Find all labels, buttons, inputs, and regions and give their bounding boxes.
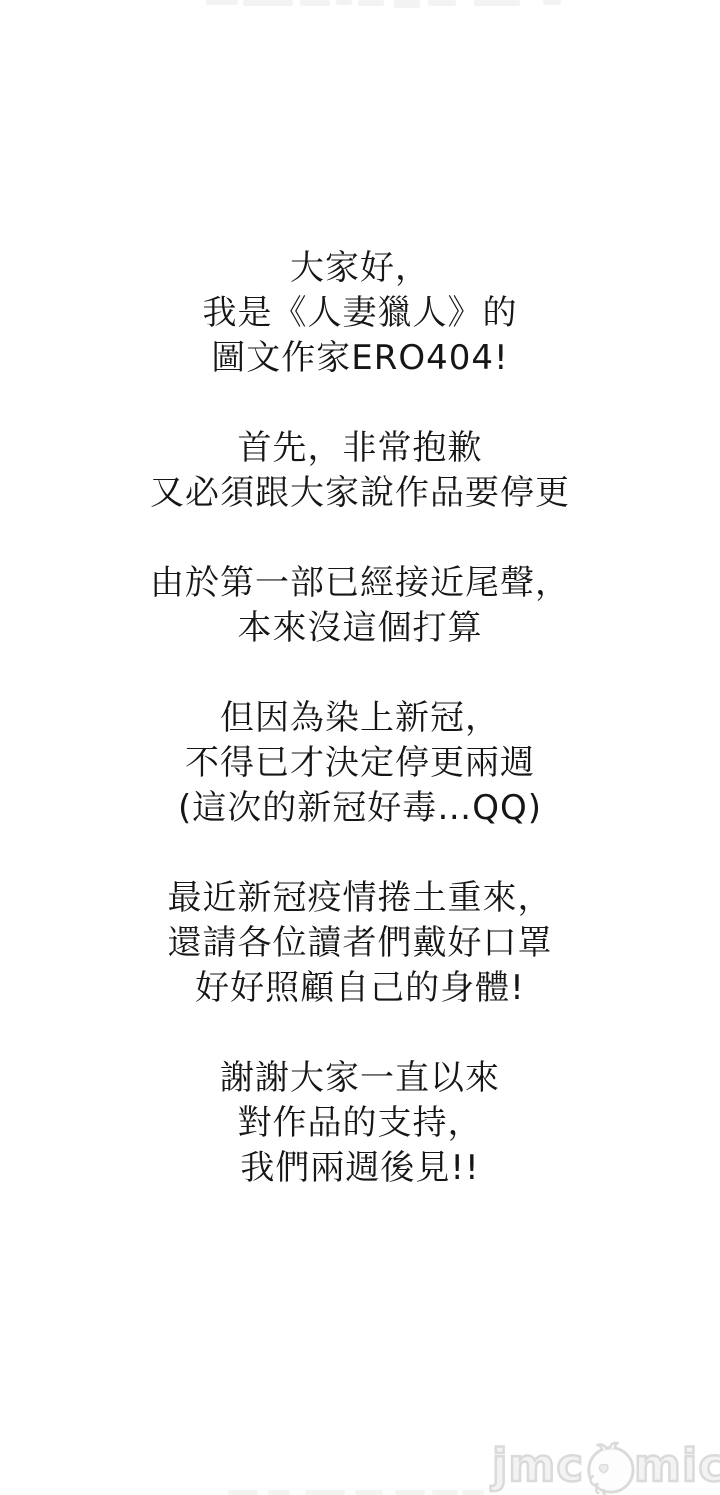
notice-line: 又必須跟大家說作品要停更 bbox=[0, 471, 720, 516]
notice-paragraph-greeting: 大家好， 我是《人妻獵人》的 圖文作家ERO404! bbox=[0, 246, 720, 381]
notice-line: 最近新冠疫情捲土重來， bbox=[0, 876, 720, 921]
notice-paragraph-health-reminder: 最近新冠疫情捲土重來， 還請各位讀者們戴好口罩 好好照顧自己的身體! bbox=[0, 876, 720, 1011]
chick-mascot-icon bbox=[580, 1441, 638, 1495]
notice-line: 還請各位讀者們戴好口罩 bbox=[0, 921, 720, 966]
notice-paragraph-reason: 由於第一部已經接近尾聲， 本來沒這個打算 bbox=[0, 561, 720, 651]
notice-line: 對作品的支持， bbox=[0, 1101, 720, 1146]
notice-line: (這次的新冠好毒…QQ) bbox=[0, 786, 720, 831]
notice-line: 首先，非常抱歉 bbox=[0, 426, 720, 471]
clip-fragment bbox=[228, 1490, 258, 1495]
comic-announcement-page: 大家好， 我是《人妻獵人》的 圖文作家ERO404! 首先，非常抱歉 又必須跟大… bbox=[0, 0, 720, 1495]
clip-fragment bbox=[395, 1490, 425, 1495]
clip-fragment bbox=[432, 1490, 458, 1495]
author-notice-text: 大家好， 我是《人妻獵人》的 圖文作家ERO404! 首先，非常抱歉 又必須跟大… bbox=[0, 0, 720, 1191]
clip-fragment bbox=[355, 1490, 383, 1495]
notice-line: 我是《人妻獵人》的 bbox=[0, 291, 720, 336]
notice-line: 圖文作家ERO404! bbox=[0, 336, 720, 381]
notice-paragraph-apology: 首先，非常抱歉 又必須跟大家說作品要停更 bbox=[0, 426, 720, 516]
notice-line: 好好照顧自己的身體! bbox=[0, 966, 720, 1011]
watermark-text-mic: mic bbox=[634, 1443, 720, 1488]
clip-fragment bbox=[305, 1490, 345, 1495]
notice-paragraph-thanks: 謝謝大家一直以來 對作品的支持， 我們兩週後見!! bbox=[0, 1056, 720, 1191]
notice-line: 謝謝大家一直以來 bbox=[0, 1056, 720, 1101]
notice-line: 但因為染上新冠， bbox=[0, 696, 720, 741]
clip-fragment bbox=[268, 1490, 290, 1495]
notice-line: 本來沒這個打算 bbox=[0, 606, 720, 651]
jmcomic-watermark: jmc mic bbox=[492, 1435, 720, 1495]
watermark-text-jmc: jmc bbox=[492, 1443, 584, 1488]
notice-line: 由於第一部已經接近尾聲， bbox=[0, 561, 720, 606]
notice-line: 大家好， bbox=[0, 246, 720, 291]
notice-line: 我們兩週後見!! bbox=[0, 1146, 720, 1191]
notice-paragraph-covid: 但因為染上新冠， 不得已才決定停更兩週 (這次的新冠好毒…QQ) bbox=[0, 696, 720, 831]
notice-line: 不得已才決定停更兩週 bbox=[0, 741, 720, 786]
clip-fragment bbox=[462, 1490, 484, 1495]
